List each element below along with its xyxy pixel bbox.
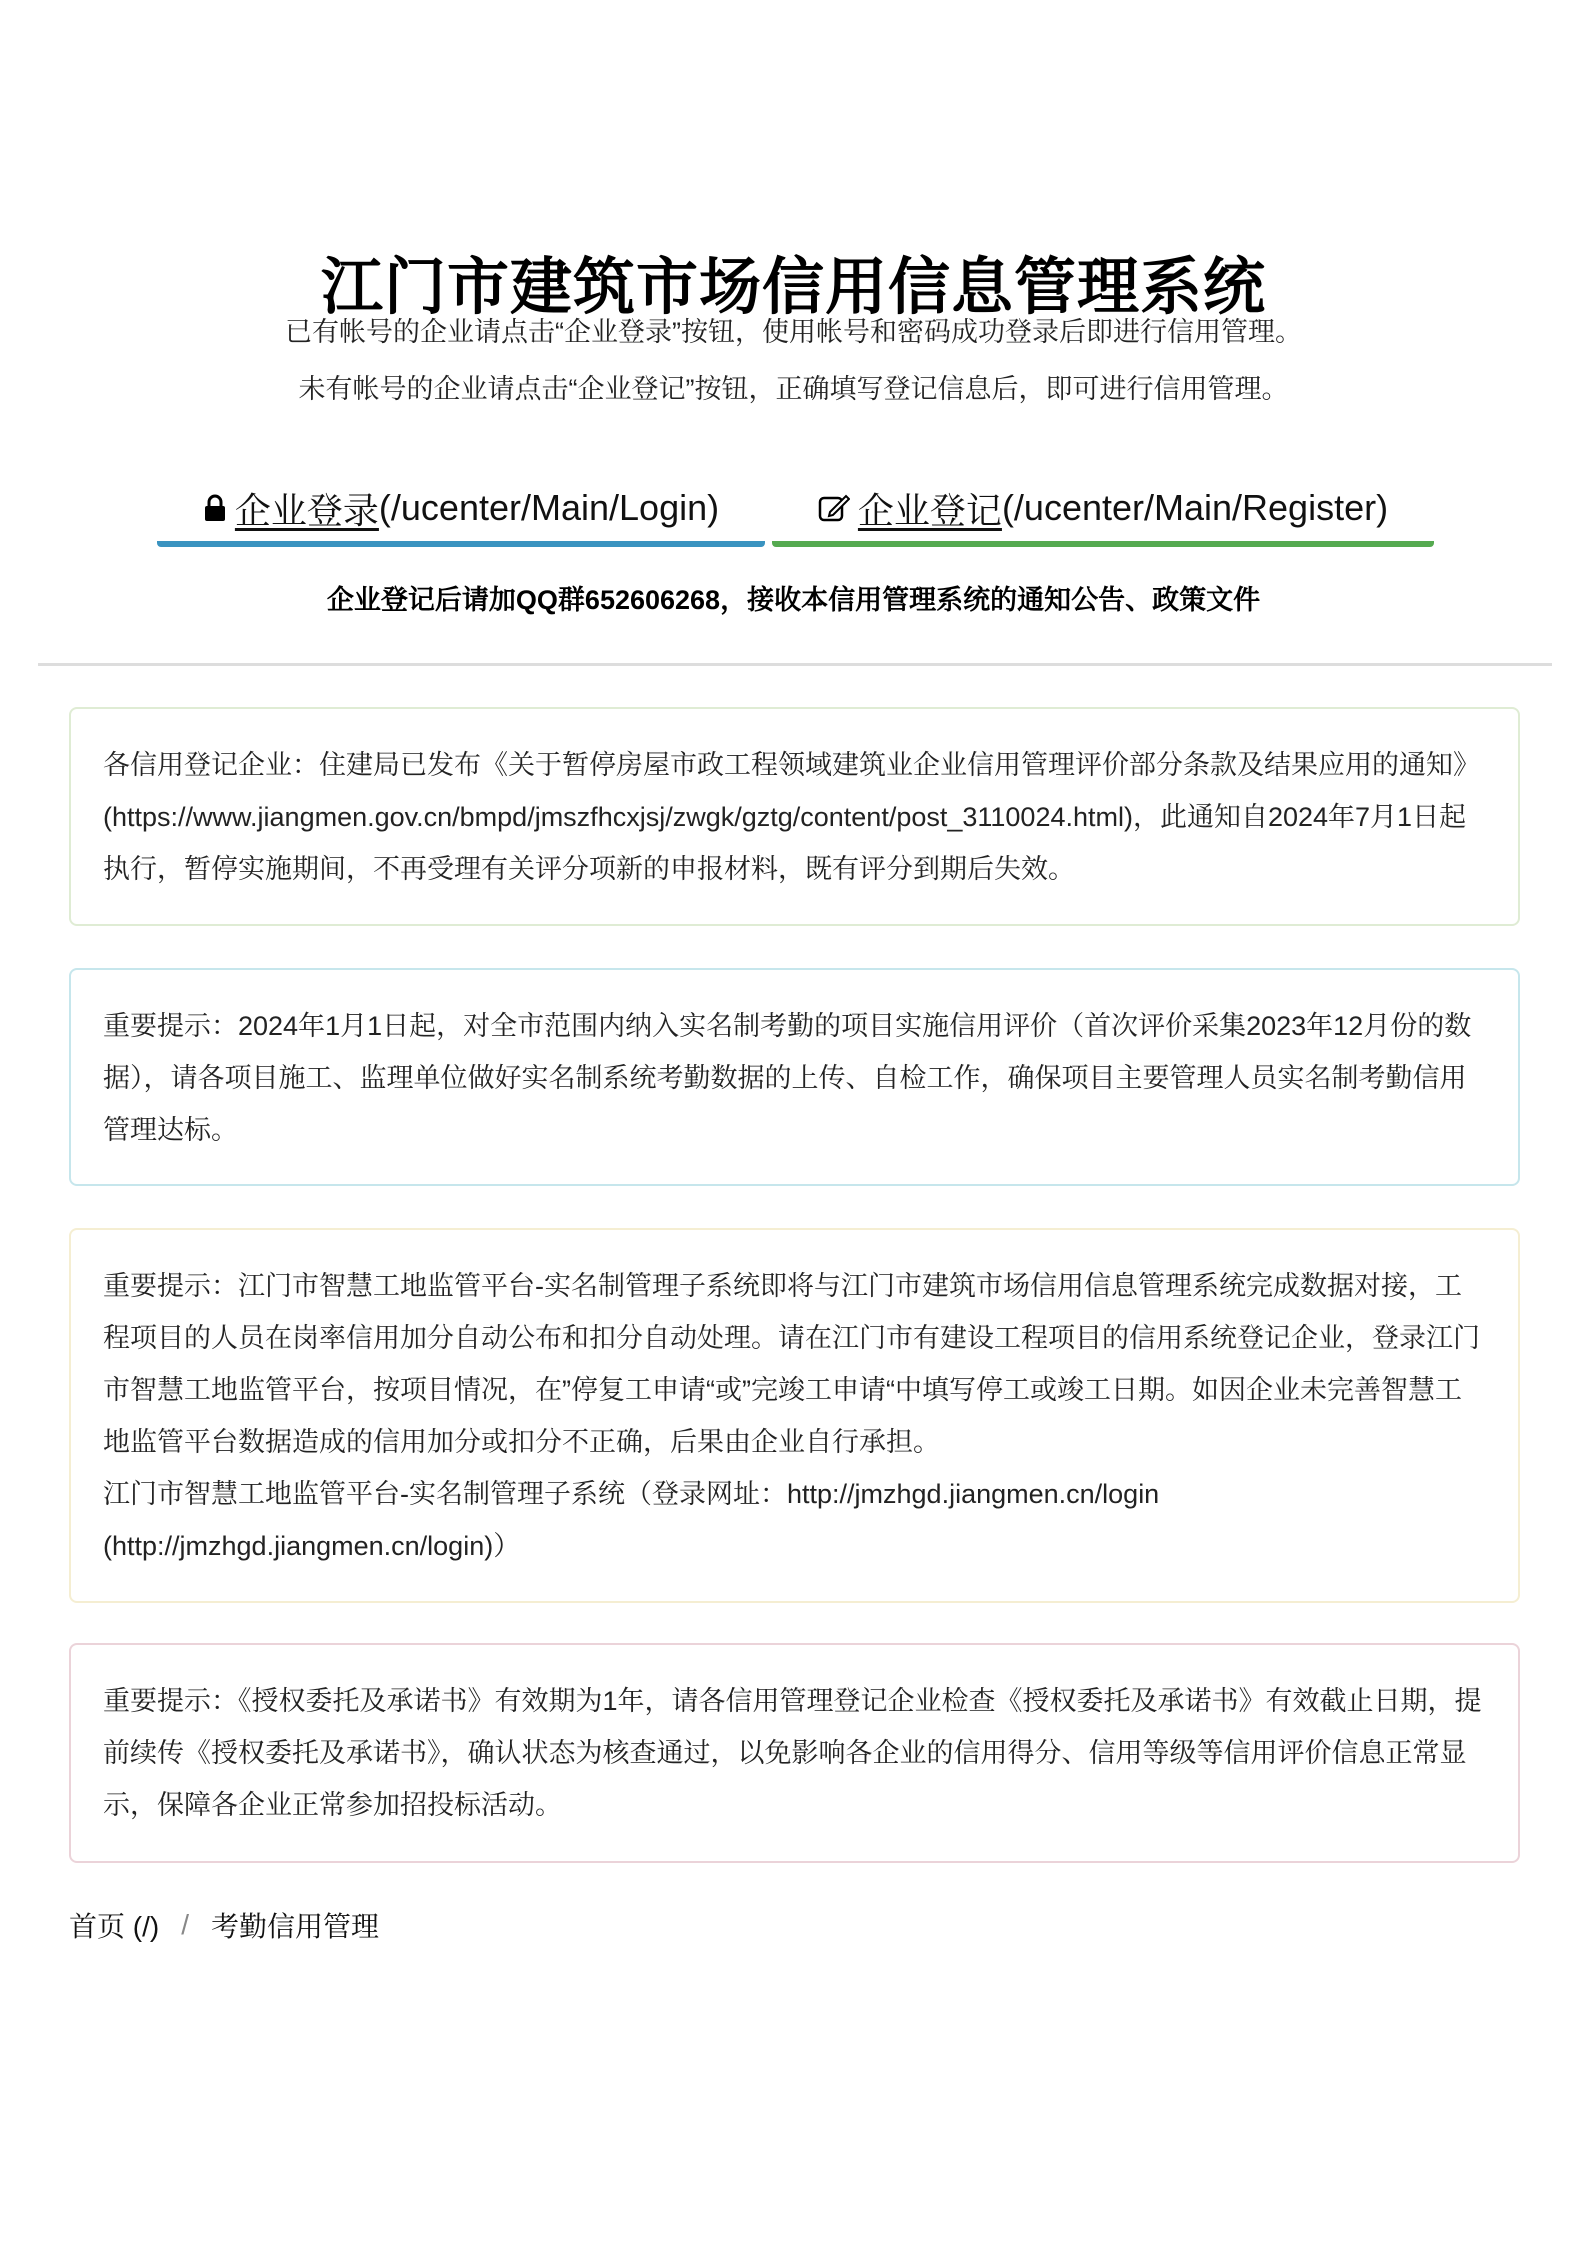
login-accent-bar xyxy=(157,541,765,547)
notice-text: 重要提示：《授权委托及承诺书》有效期为1年，请各信用管理登记企业检查《授权委托及… xyxy=(103,1675,1486,1831)
register-accent-bar xyxy=(772,541,1434,547)
breadcrumb-current: 考勤信用管理 xyxy=(211,1905,379,1945)
breadcrumb-home-link[interactable]: 首页 (/) xyxy=(69,1905,159,1945)
notice-text: 重要提示：江门市智慧工地监管平台-实名制管理子系统即将与江门市建筑市场信用信息管… xyxy=(103,1260,1486,1468)
notice-text: 重要提示：2024年1月1日起，对全市范围内纳入实名制考勤的项目实施信用评价（首… xyxy=(103,1000,1486,1156)
notice-link-text[interactable]: 江门市智慧工地监管平台-实名制管理子系统（登录网址：http://jmzhgd.… xyxy=(103,1468,1486,1572)
register-label: 企业登记 xyxy=(858,483,1002,534)
lock-icon xyxy=(203,494,227,522)
breadcrumb: 首页 (/) / 考勤信用管理 xyxy=(69,1905,379,1945)
notice-policy-suspension: 各信用登记企业：住建局已发布《关于暂停房屋市政工程领域建筑业企业信用管理评价部分… xyxy=(69,707,1520,926)
login-path: (/ucenter/Main/Login) xyxy=(379,487,719,529)
qq-group-note: 企业登记后请加QQ群652606268，接收本信用管理系统的通知公告、政策文件 xyxy=(0,578,1587,617)
register-button[interactable]: 企业登记 (/ucenter/Main/Register) xyxy=(772,468,1434,548)
login-label: 企业登录 xyxy=(235,483,379,534)
breadcrumb-separator: / xyxy=(181,1909,189,1941)
notice-smart-site-integration: 重要提示：江门市智慧工地监管平台-实名制管理子系统即将与江门市建筑市场信用信息管… xyxy=(69,1228,1520,1603)
intro-register-instructions: 未有帐号的企业请点击“企业登记”按钮，正确填写登记信息后，即可进行信用管理。 xyxy=(0,367,1587,406)
notice-attendance-evaluation: 重要提示：2024年1月1日起，对全市范围内纳入实名制考勤的项目实施信用评价（首… xyxy=(69,968,1520,1186)
notice-text: 各信用登记企业：住建局已发布《关于暂停房屋市政工程领域建筑业企业信用管理评价部分… xyxy=(103,739,1486,895)
intro-login-instructions: 已有帐号的企业请点击“企业登录”按钮，使用帐号和密码成功登录后即进行信用管理。 xyxy=(0,310,1587,349)
login-button[interactable]: 企业登录 (/ucenter/Main/Login) xyxy=(157,468,765,548)
divider xyxy=(38,663,1552,666)
register-path: (/ucenter/Main/Register) xyxy=(1002,487,1388,529)
edit-icon xyxy=(818,493,850,523)
notice-authorization-letter: 重要提示：《授权委托及承诺书》有效期为1年，请各信用管理登记企业检查《授权委托及… xyxy=(69,1643,1520,1863)
